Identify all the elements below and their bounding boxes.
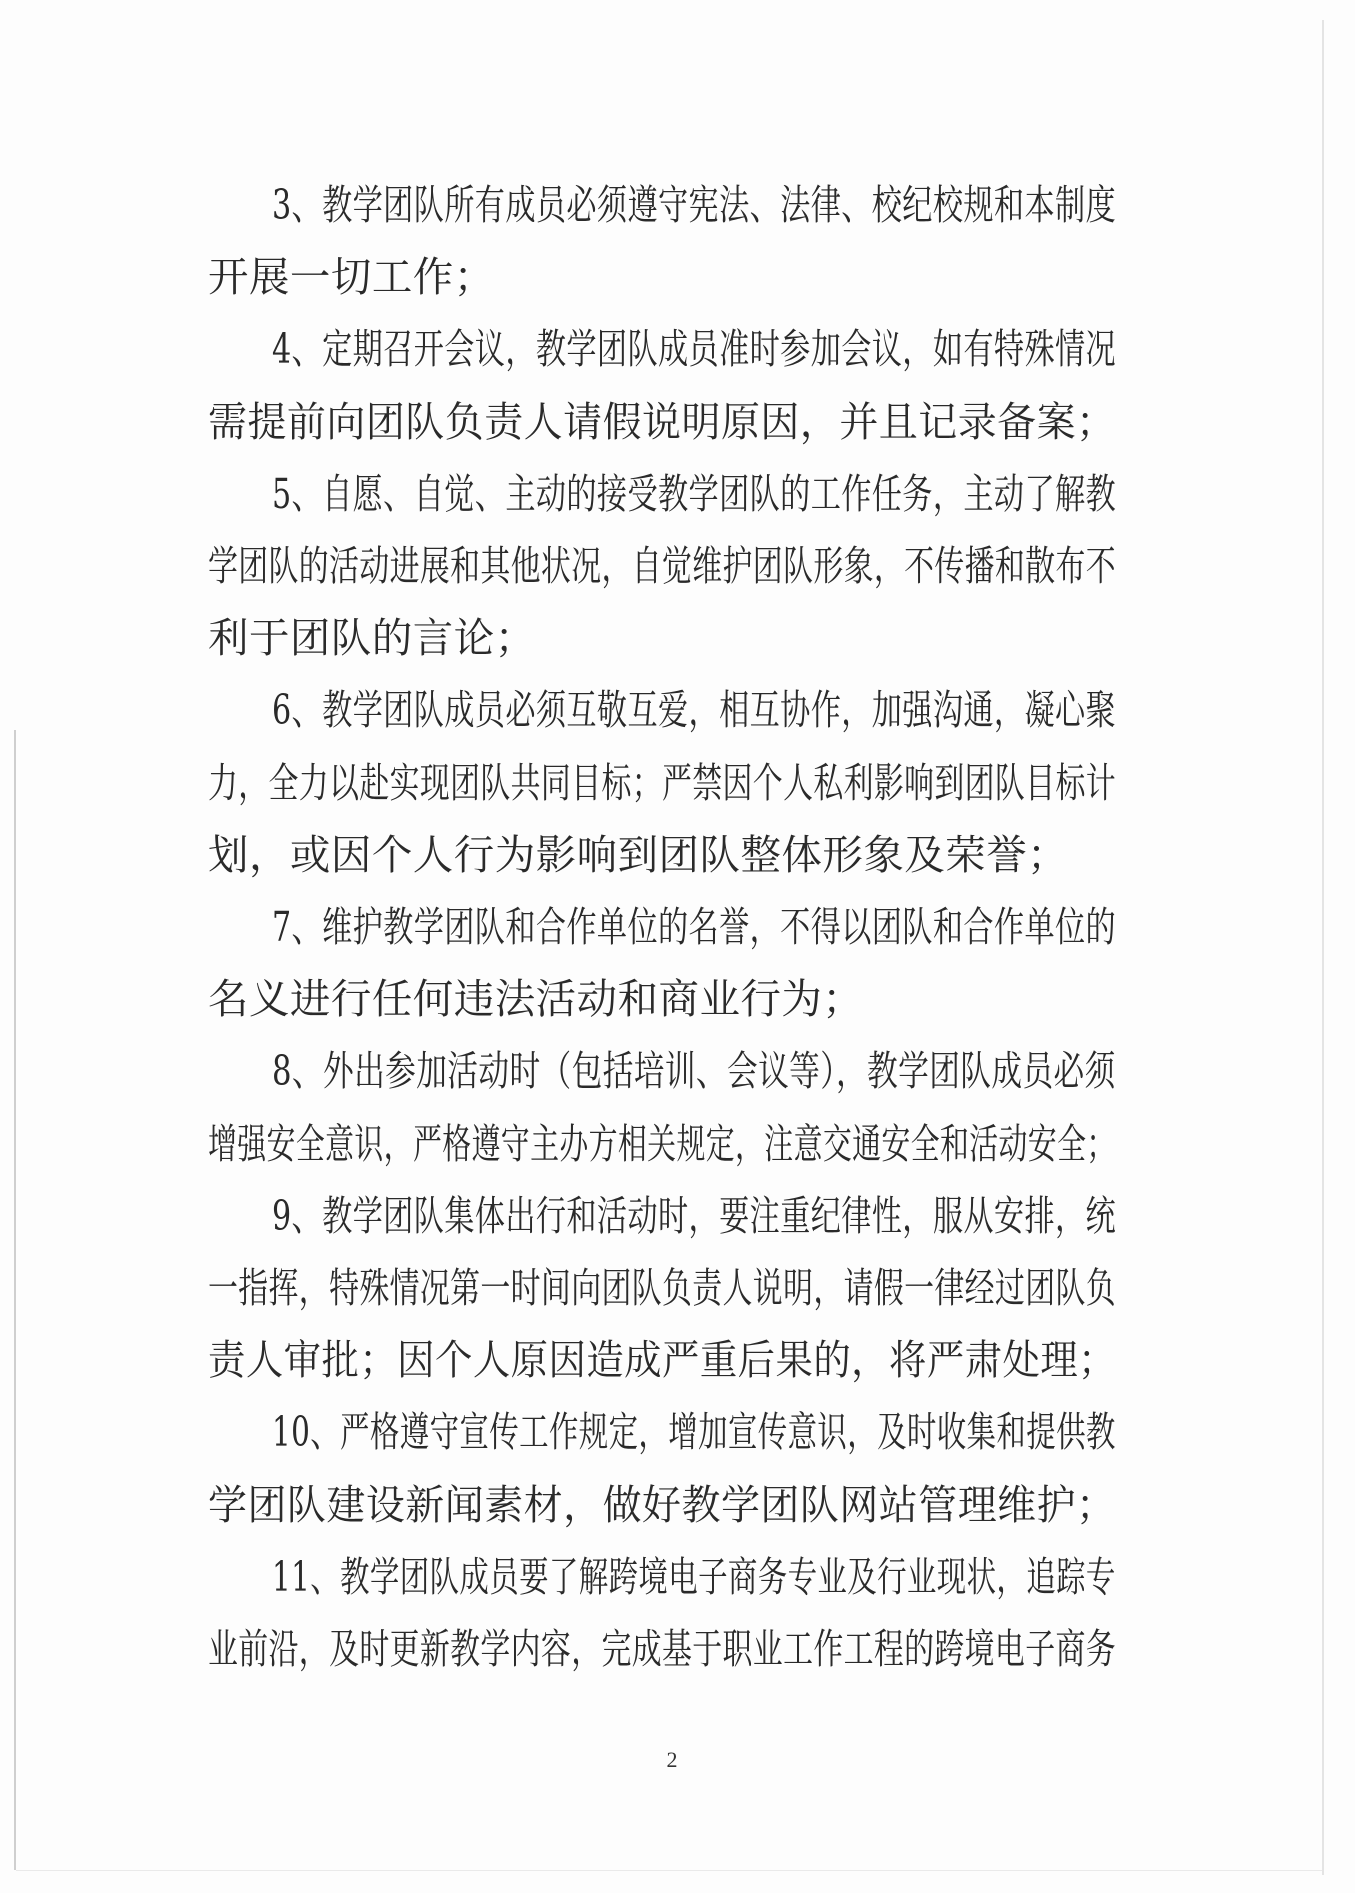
paragraph-line: 一指挥，特殊情况第一时间向团队负责人说明，请假一律经过团队负: [208, 1263, 879, 1313]
paragraph-line: 名义进行任何违法活动和商业行为；: [208, 974, 1116, 1024]
paragraph-line: 需提前向团队负责人请假说明原因，并且记录备案；: [208, 397, 1083, 447]
paragraph-first-line: 7、维护教学团队和合作单位的名誉，不得以团队和合作单位的: [272, 902, 949, 952]
paragraph-first-line: 11、教学团队成员要了解跨境电子商务专业及行业现状，追踪专: [272, 1552, 933, 1602]
paragraph-line: 利于团队的言论；: [208, 613, 1116, 663]
paragraph-line: 划，或因个人行为影响到团队整体形象及荣誉；: [208, 830, 1116, 880]
paragraph-line: 学团队的活动进展和其他状况，自觉维护团队形象，不传播和散布不: [208, 541, 879, 591]
scan-edge-left: [14, 730, 16, 1870]
page-number: 2: [662, 1747, 682, 1773]
paragraph-first-line: 6、教学团队成员必须互敬互爱，相互协作，加强沟通，凝心聚: [272, 685, 949, 735]
paragraph-line: 开展一切工作；: [208, 252, 1116, 302]
document-page: 3、教学团队所有成员必须遵守宪法、法律、校纪校规和本制度开展一切工作；4、定期召…: [0, 0, 1355, 1893]
paragraph-first-line: 4、定期召开会议，教学团队成员准时参加会议，如有特殊情况: [272, 324, 949, 374]
paragraph-line: 增强安全意识，严格遵守主办方相关规定，注意交通安全和活动安全；: [208, 1119, 857, 1169]
scan-edge-right: [1322, 20, 1324, 1875]
paragraph-line: 学团队建设新闻素材，做好教学团队网站管理维护；: [208, 1480, 1083, 1530]
paragraph-first-line: 9、教学团队集体出行和活动时，要注重纪律性，服从安排，统: [272, 1191, 949, 1241]
paragraph-first-line: 3、教学团队所有成员必须遵守宪法、法律、校纪校规和本制度: [272, 180, 949, 230]
paragraph-first-line: 10、严格遵守宣传工作规定，增加宣传意识，及时收集和提供教: [272, 1407, 933, 1457]
paragraph-first-line: 8、外出参加活动时（包括培训、会议等），教学团队成员必须: [272, 1046, 961, 1096]
paragraph-line: 力，全力以赴实现团队共同目标；严禁因个人私利影响到团队目标计: [208, 758, 879, 808]
paragraph-line: 业前沿，及时更新教学内容，完成基于职业工作工程的跨境电子商务: [208, 1624, 879, 1674]
paragraph-line: 责人审批；因个人原因造成严重后果的，将严肃处理；: [208, 1335, 1047, 1385]
scan-edge-bottom: [16, 1870, 1322, 1871]
paragraph-first-line: 5、自愿、自觉、主动的接受教学团队的工作任务，主动了解教: [272, 469, 949, 519]
